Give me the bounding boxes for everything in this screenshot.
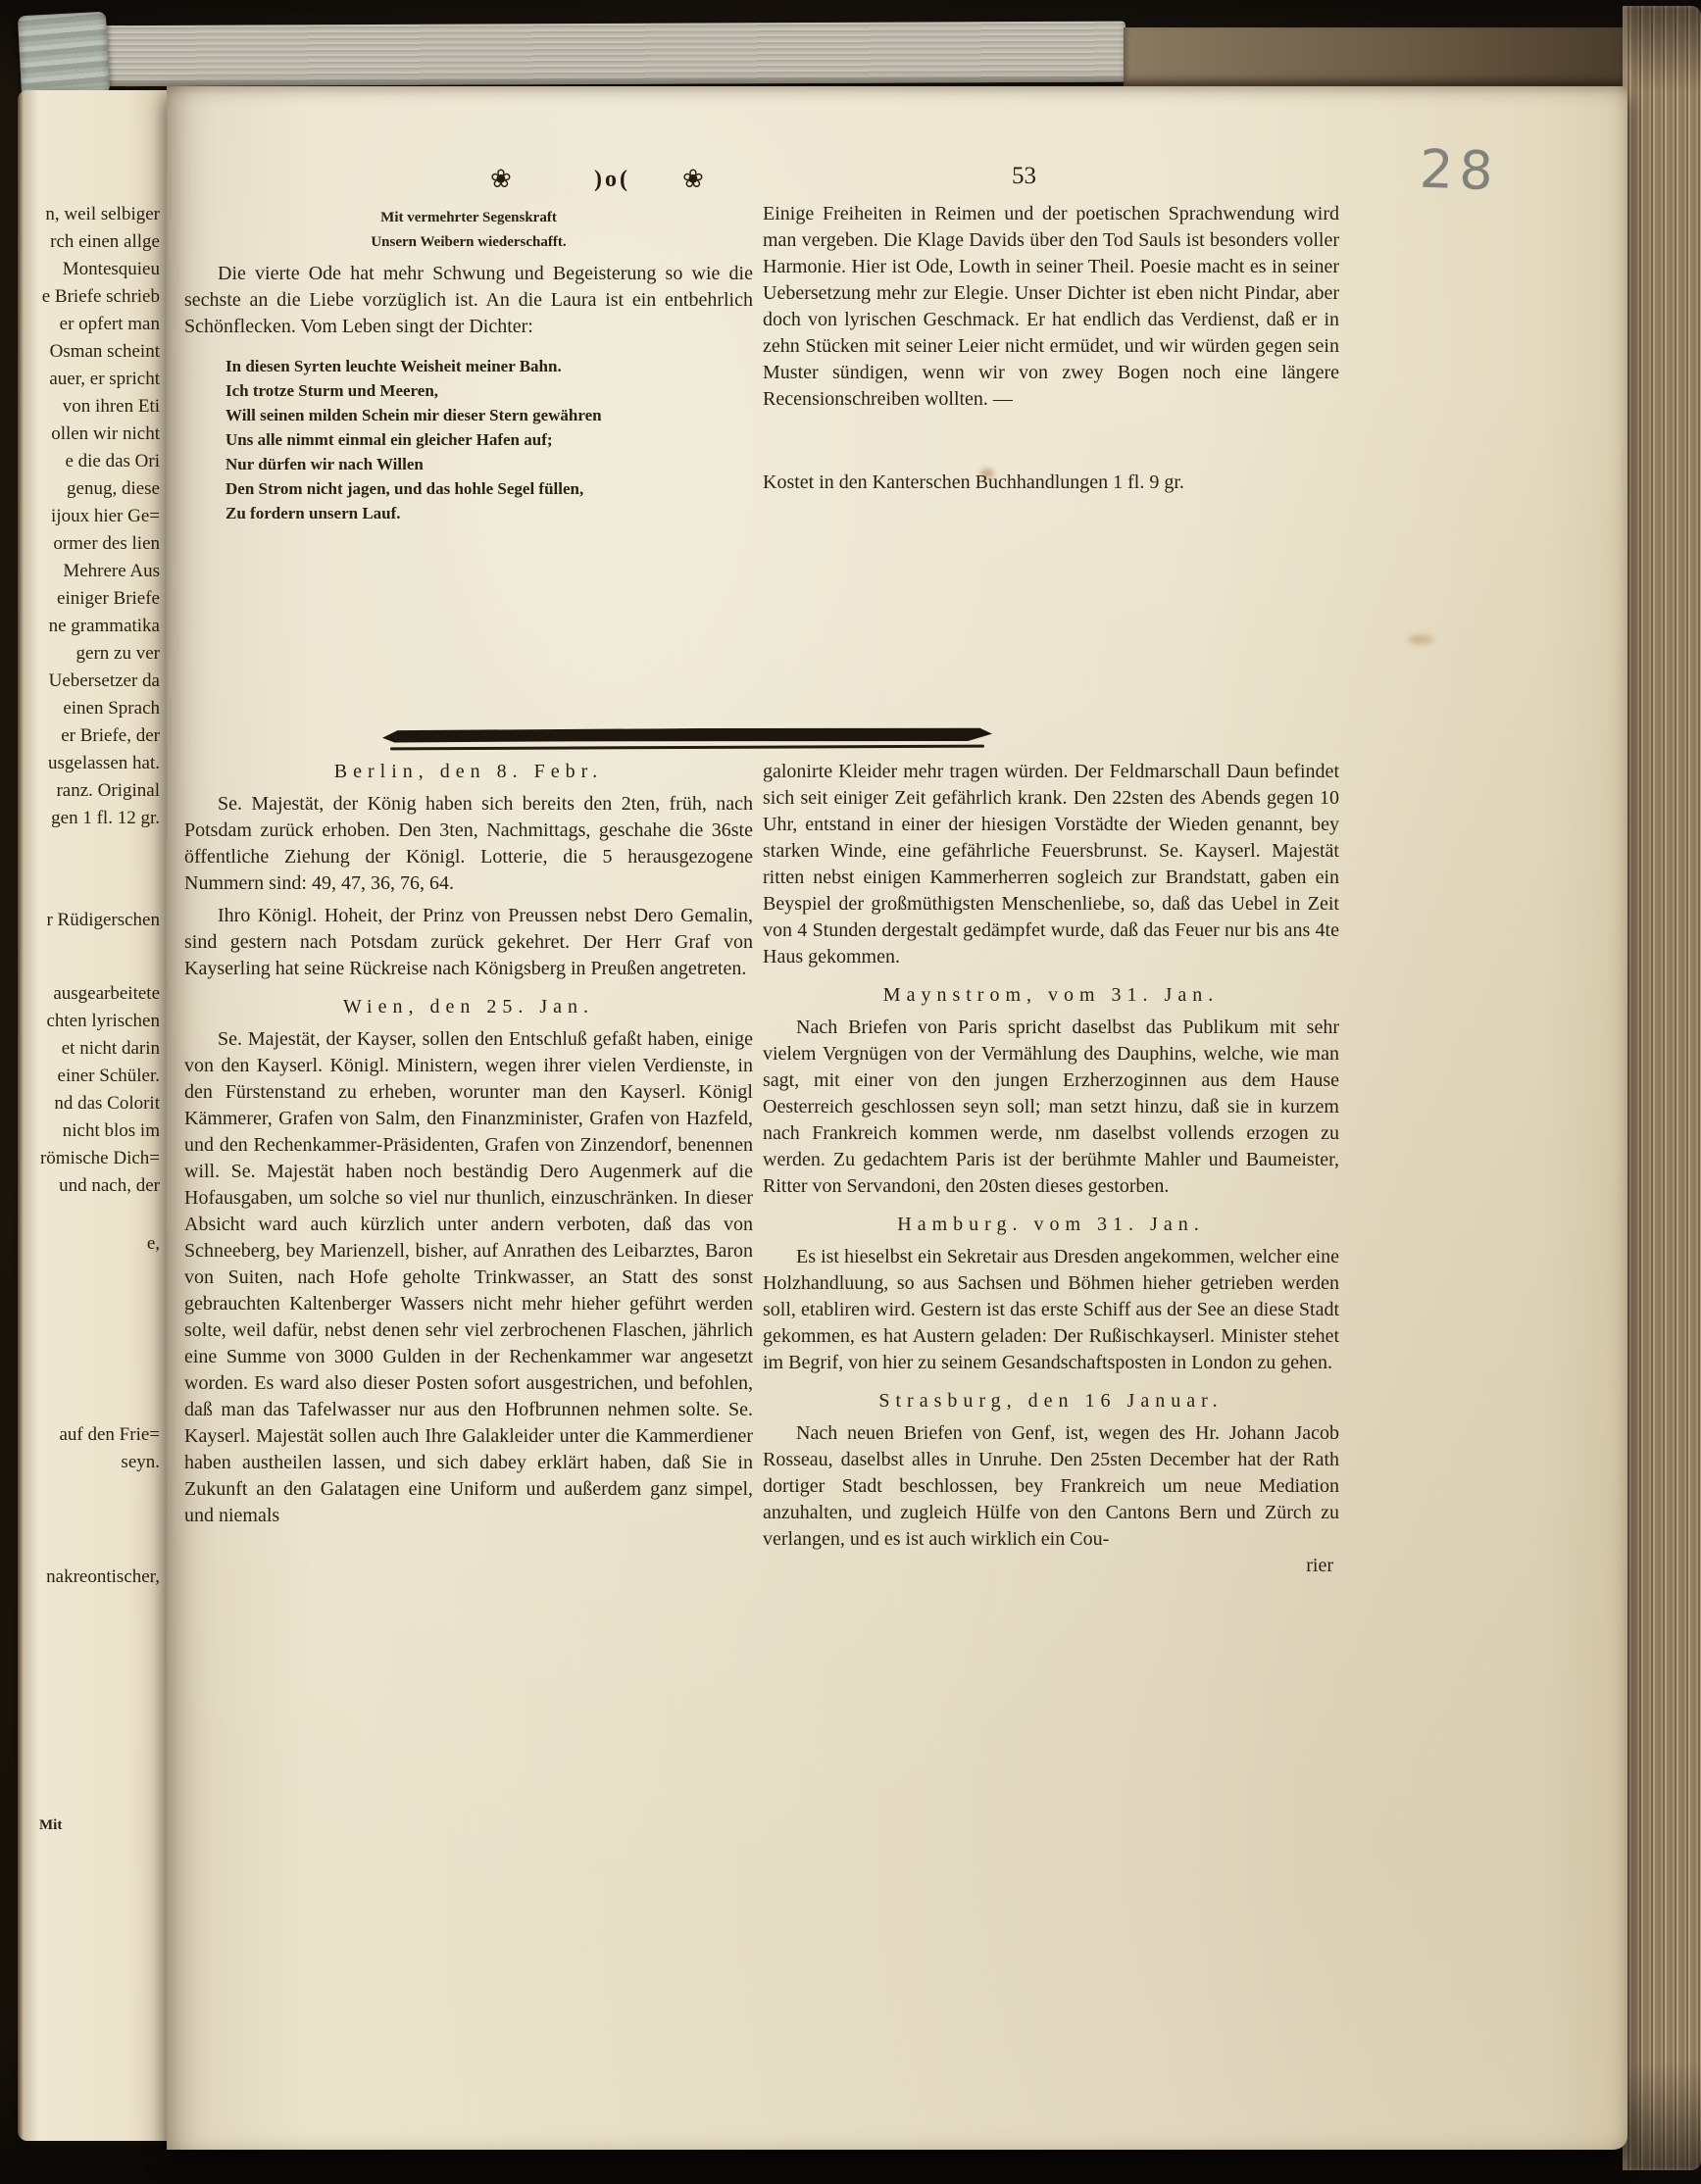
review-paragraph: Die vierte Ode hat mehr Schwung und Bege… xyxy=(184,261,753,340)
poem-quotation: In diesen Syrten leuchte Weisheit meiner… xyxy=(225,354,753,525)
margin-text-block: ausgearbeitete chten lyrischen et nicht … xyxy=(18,980,167,1200)
dateline-hamburg: Hamburg. vom 31. Jan. xyxy=(763,1212,1339,1238)
margin-catchword: Mit xyxy=(39,1812,125,1839)
dateline-maynstrom: Maynstrom, vom 31. Jan. xyxy=(763,982,1339,1009)
book-photo: n, weil selbiger rch einen allge Montesq… xyxy=(0,0,1701,2184)
section-divider-rule xyxy=(382,727,992,743)
fore-edge-page-stack xyxy=(1623,6,1701,2170)
margin-text-line: nakreontischer, xyxy=(18,1564,167,1591)
news-paragraph: Nach Briefen von Paris spricht daselbst … xyxy=(763,1015,1339,1200)
book-top-page-edges xyxy=(51,22,1126,87)
news-paragraph: galonirte Kleider mehr tragen würden. De… xyxy=(763,759,1339,970)
right-column-top: Einige Freiheiten in Reimen und der poet… xyxy=(763,201,1339,496)
dateline-strasburg: Strasburg, den 16 Januar. xyxy=(763,1388,1339,1415)
news-paragraph: Nach neuen Briefen von Genf, ist, wegen … xyxy=(763,1420,1339,1553)
dateline-wien: Wien, den 25. Jan. xyxy=(184,994,753,1020)
quote-line: Unsern Weibern wiederschafft. xyxy=(184,230,753,255)
news-paragraph: Ihro Königl. Hoheit, der Prinz von Preus… xyxy=(184,903,753,982)
page-number: 53 xyxy=(1012,163,1036,190)
shell-ornament-icon: ❀ xyxy=(490,165,512,194)
margin-text-block: n, weil selbiger rch einen allge Montesq… xyxy=(18,201,167,832)
bookmark-clasp xyxy=(18,12,110,99)
left-column-bottom: Berlin, den 8. Febr. Se. Majestät, der K… xyxy=(184,759,753,1529)
news-paragraph: Se. Majestät, der Kayser, sollen den Ent… xyxy=(184,1026,753,1529)
catchword: rier xyxy=(763,1553,1339,1579)
paper-stain xyxy=(1408,635,1433,644)
price-line: Kostet in den Kanterschen Buchhandlungen… xyxy=(763,470,1339,496)
gathering-mark: )o( xyxy=(594,167,630,193)
previous-page-edge: n, weil selbiger rch einen allge Montesq… xyxy=(18,90,167,2141)
book-top-edge-shadow xyxy=(1124,27,1626,86)
page: ❀ )o( ❀ 53 28 Mit vermehrter Segenskraft… xyxy=(167,86,1627,2150)
right-column-bottom: galonirte Kleider mehr tragen würden. De… xyxy=(763,759,1339,1579)
dateline-berlin: Berlin, den 8. Febr. xyxy=(184,759,753,785)
margin-text-line: e, xyxy=(18,1230,167,1258)
review-continuation: Einige Freiheiten in Reimen und der poet… xyxy=(763,201,1339,413)
margin-text-block: auf den Frie= seyn. xyxy=(18,1421,167,1476)
quote-line: Mit vermehrter Segenskraft xyxy=(184,206,753,230)
news-paragraph: Es ist hieselbst ein Sekretair aus Dresd… xyxy=(763,1244,1339,1376)
shell-ornament-icon: ❀ xyxy=(682,165,704,194)
news-paragraph: Se. Majestät, der König haben sich berei… xyxy=(184,791,753,897)
margin-text-line: r Rüdigerschen xyxy=(18,907,167,934)
left-column-top: Mit vermehrter Segenskraft Unsern Weiber… xyxy=(184,206,753,525)
pencil-folio-number: 28 xyxy=(1419,138,1500,203)
section-divider-underline xyxy=(390,745,984,751)
